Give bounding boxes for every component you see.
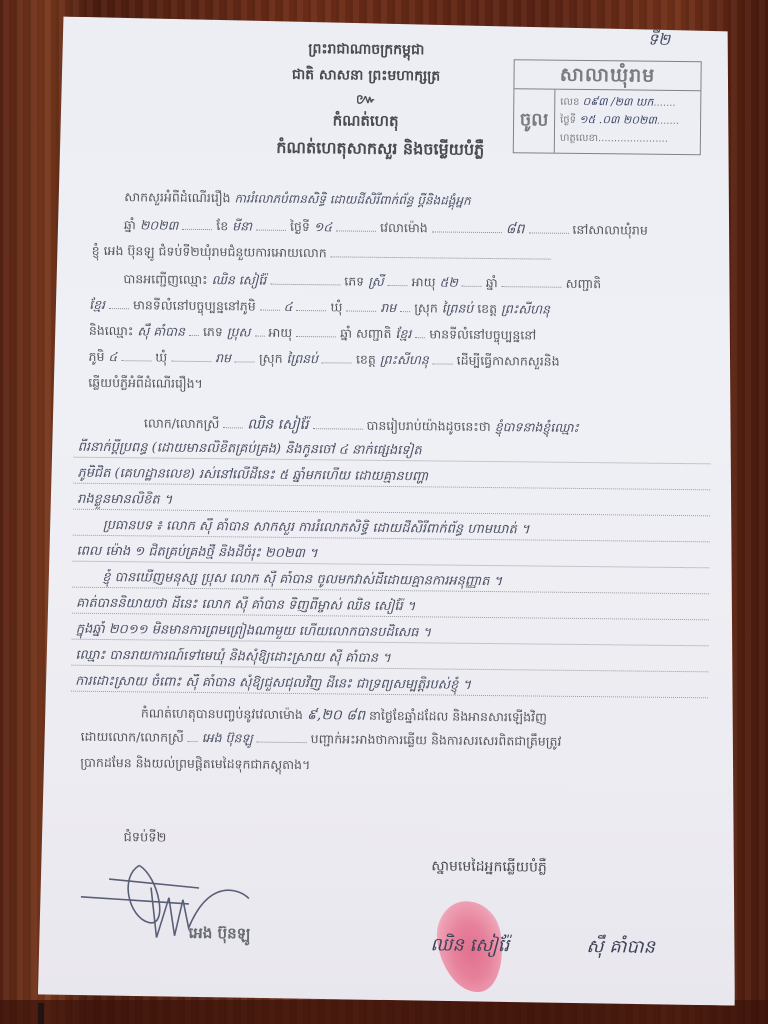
person2-sex-label: ភេទ xyxy=(203,324,223,339)
month-value: មីនា xyxy=(232,218,252,233)
stamp-date-value: ១៥ .០៣ ២០២៣ xyxy=(579,113,657,127)
respondent-2-signature: ស៊ឹ គាំបាន xyxy=(586,934,655,962)
statement-intro-row: លោក/លោកស្រី ឈិន សៀរ៉ែ បានរៀបរាប់យ៉ាងដូចន… xyxy=(144,413,579,439)
statement-line: គាត់បាននិយាយថា ដីនេះ លោក ស៊ឹ គាំបាន ទិញព… xyxy=(76,595,416,618)
purpose-cont: ឆ្លើយបំភ្លឺអំពីដំណើររឿង។ xyxy=(88,375,203,395)
statement-line: ប្រធានបទ ៖ លោក ស៊ឹ គាំបាន សាកសួរ ការរំលោ… xyxy=(103,517,530,540)
date-row: ឆ្នាំ ២០២៣ ខែ មីនា ថ្ងៃទី ១៤ វេលាម៉ោង ៨ព… xyxy=(124,215,648,241)
statement-body: ពីរនាក់ប្តីប្រពន្ធ (ដោយមានលិខិតគ្រប់គ្រង… xyxy=(48,16,745,23)
person2-name: ស៊ឹ គាំបាន xyxy=(137,323,185,338)
statement-line: ក្នុងឆ្នាំ ២០១១ មិនមានការព្រមព្រៀងណាមួយ … xyxy=(76,621,432,644)
person1-district: ព្រៃនប់ xyxy=(442,301,474,316)
stamp-received: ចូល xyxy=(514,89,556,152)
right-signatory-title: ស្នាមមេដៃអ្នកឆ្លើយបំភ្លឺ xyxy=(431,856,547,878)
person2-address-row: ភូមិ ៤ ឃុំ រាម ស្រុក ព្រៃនប់ ខេត្ត ព្រះស… xyxy=(88,349,559,373)
person1-name-row: បានអញ្ជើញឈ្មោះ ឈិន សៀរ៉ែ ភេទ ស្រី អាយុ ៥… xyxy=(123,271,601,295)
person1-nationality-label: សញ្ជាតិ xyxy=(566,276,602,291)
person1-province: ព្រះសីហនុ xyxy=(501,301,550,317)
closing-time-value: ៩,២០ ៨ព xyxy=(307,707,365,724)
stamp-date-label: ថ្ងៃទី xyxy=(560,115,576,126)
stamp-signature-label: ហត្ថលេខា xyxy=(560,133,598,144)
officer-line: ខ្ញុំ អេង ប៊ុនឡូ ជំទប់ទី២ឃុំរាមជំនួយការអ… xyxy=(92,243,327,260)
stamp-signature-row: ហត្ថលេខា...................... xyxy=(560,131,668,147)
person2-age-label: អាយុ xyxy=(268,325,292,340)
person2-village-label: ភូមិ xyxy=(89,349,105,364)
closing-line1-rest: នាថ្ងៃខែឆ្នាំដដែល និងអានសារឡើងវិញ xyxy=(369,708,547,725)
time-value: ៨ព xyxy=(506,221,525,237)
person2-commune-label: ឃុំ xyxy=(155,350,167,365)
purpose-text: ដើម្បីធ្វើកាសាកសួរនិង xyxy=(457,353,560,369)
closing-line2-rest: បញ្ជាក់អះអាងថាការឆ្លើយ និងការសរសេរពិតជាត… xyxy=(311,731,562,749)
person2-nationality: ខ្មែរ xyxy=(395,326,411,341)
left-signatory-name: អេង ប៊ុនឡូ xyxy=(188,924,250,947)
registry-stamp: សាលាឃុំរាម ចូល លេខ ០៩៣ /២៣ ឃក....... ថ្ង… xyxy=(513,59,702,155)
closing-reader-label: ដោយលោក/លោកស្រី xyxy=(81,729,184,745)
statement-line-0: ខ្ញុំបាទនាងខ្ញុំឈ្មោះ xyxy=(495,419,579,435)
person2-village: ៤ xyxy=(108,349,117,364)
statement-line: ភូមិជិត (គេហដ្ឋានលេខ) រស់នៅលើដីនេះ ៥ ឆ្ន… xyxy=(77,465,428,488)
statement-intro: បានរៀបរាប់យ៉ាងដូចនេះថា xyxy=(366,418,490,434)
person1-residence-row: ខ្មែរ មានទីលំនៅបច្ចុប្បន្ននៅភូមិ ៤ ឃុំ រ… xyxy=(89,297,550,321)
stamp-number-label: លេខ xyxy=(560,97,579,108)
stamp-number-row: លេខ ០៩៣ /២៣ ឃក....... xyxy=(560,95,676,112)
person2-province-label: ខេត្ត xyxy=(356,352,376,367)
person1-age-unit: ឆ្នាំ xyxy=(486,275,498,290)
person1-commune: រាម xyxy=(380,300,396,315)
day-value: ១៤ xyxy=(314,219,332,234)
document-page: ទី២ ព្រះរាជាណាចក្រកម្ពុជា ជាតិ សាសនា ព្រ… xyxy=(38,16,745,1005)
left-signatory-title: ជំទប់ទី២ xyxy=(123,829,166,848)
statement-line: ពេល ម៉ោង ១ ជិតគ្រប់គ្រងថ្មី និងដីចំរុះ ២… xyxy=(76,543,317,565)
statement-line: ខ្ញុំ បានឃើញមនុស្ស ប្រុស លោក ស៊ឹ គាំបាន … xyxy=(102,569,502,592)
day-label: ថ្ងៃទី xyxy=(290,219,310,234)
year-value: ២០២៣ xyxy=(140,217,179,232)
person1-commune-label: ឃុំ xyxy=(330,299,342,314)
year-label: ឆ្នាំ xyxy=(124,217,136,232)
person2-commune: រាម xyxy=(215,350,231,365)
person1-nationality: ខ្មែរ xyxy=(89,297,105,312)
closing-time-label: កំណត់ហេតុបានបញ្ចប់នូវវេលាម៉ោង xyxy=(141,705,303,722)
person2-residence-label: មានទីលំនៅបច្ចុប្បន្ននៅ xyxy=(429,326,536,342)
closing-line1: កំណត់ហេតុបានបញ្ចប់នូវវេលាម៉ោង ៩,២០ ៨ព នា… xyxy=(141,703,547,728)
person1-residence-label: មានទីលំនៅបច្ចុប្បន្ននៅភូមិ xyxy=(133,297,256,313)
person1-name-label: បានអញ្ជើញឈ្មោះ xyxy=(123,271,207,287)
place-label: នៅសាលាឃុំរាម xyxy=(572,222,648,238)
person2-nationality-label: សញ្ជាតិ xyxy=(356,326,392,341)
stamp-number-value: ០៩៣ /២៣ ឃក xyxy=(582,95,653,109)
stamp-office: សាលាឃុំរាម xyxy=(514,60,700,91)
stamp-date-row: ថ្ងៃទី ១៥ .០៣ ២០២៣....... xyxy=(560,113,679,130)
statement-line: ការដោះស្រាយ ចំពោះ ស៊ឹ គាំបាន សុំឱ្យជួសជុ… xyxy=(75,673,471,696)
speaker-name: ឈិន សៀរ៉ែ xyxy=(247,416,308,433)
person2-district: ព្រៃនប់ xyxy=(286,351,318,366)
speaker-label: លោក/លោកស្រី xyxy=(144,415,220,431)
closing-line3: ប្រាកដមែន និងយល់ព្រមផ្តិតមេដៃទុកជាភស្តុត… xyxy=(80,755,310,776)
person2-name-row: និងឈ្មោះ ស៊ឹ គាំបាន ភេទ ប្រុស អាយុ ឆ្នាំ… xyxy=(89,323,537,347)
officer-row: ខ្ញុំ អេង ប៊ុនឡូ ជំទប់ទី២ឃុំរាមជំនួយការអ… xyxy=(92,243,551,267)
time-label: វេលាម៉ោង xyxy=(380,220,428,235)
person1-village: ៤ xyxy=(284,299,293,314)
person2-name-label: និងឈ្មោះ xyxy=(89,323,134,338)
case-label: សាកសួរអំពីដំណើររឿង xyxy=(124,189,230,205)
statement-line: ឈ្មោះ បានរាយការណ៍ទៅមេឃុំ និងសុំឱ្យដោះស្រ… xyxy=(75,647,391,669)
person1-province-label: ខេត្ត xyxy=(477,301,497,316)
person2-province: ព្រះសីហនុ xyxy=(380,352,429,368)
person1-age-label: អាយុ xyxy=(412,274,436,289)
closing-line2: ដោយលោក/លោកស្រី អេង ប៊ុនឡូ បញ្ជាក់អះអាងថា… xyxy=(81,729,562,753)
table-gap xyxy=(38,1003,44,1024)
statement-line: រាងខ្លួនមានលិខិត ។ xyxy=(77,491,172,511)
person1-district-label: ស្រុក xyxy=(414,300,438,315)
person2-sex: ប្រុស xyxy=(227,324,251,339)
person1-sex-label: ភេទ xyxy=(344,273,364,288)
statement-line: ពីរនាក់ប្តីប្រពន្ធ (ដោយមានលិខិតគ្រប់គ្រង… xyxy=(78,439,422,462)
person2-age-unit: ឆ្នាំ xyxy=(340,325,352,340)
person1-sex: ស្រី xyxy=(368,274,384,289)
respondent-1-signature: ឈិន សៀរ៉ែ xyxy=(430,932,509,960)
person1-age: ៥២ xyxy=(439,274,457,289)
person1-name: ឈិន សៀរ៉ែ xyxy=(212,272,267,288)
case-row: សាកសួរអំពីដំណើររឿង ការរំលោភបំពានសិទ្ធិ ដ… xyxy=(124,189,471,212)
case-value: ការរំលោភបំពានសិទ្ធិ ដោយដីសិរីពាក់ព័ន្ធ ប… xyxy=(234,191,470,207)
month-label: ខែ xyxy=(216,218,228,233)
person2-district-label: ស្រុក xyxy=(259,351,283,366)
closing-reader-value: អេង ប៊ុនឡូ xyxy=(202,730,253,746)
